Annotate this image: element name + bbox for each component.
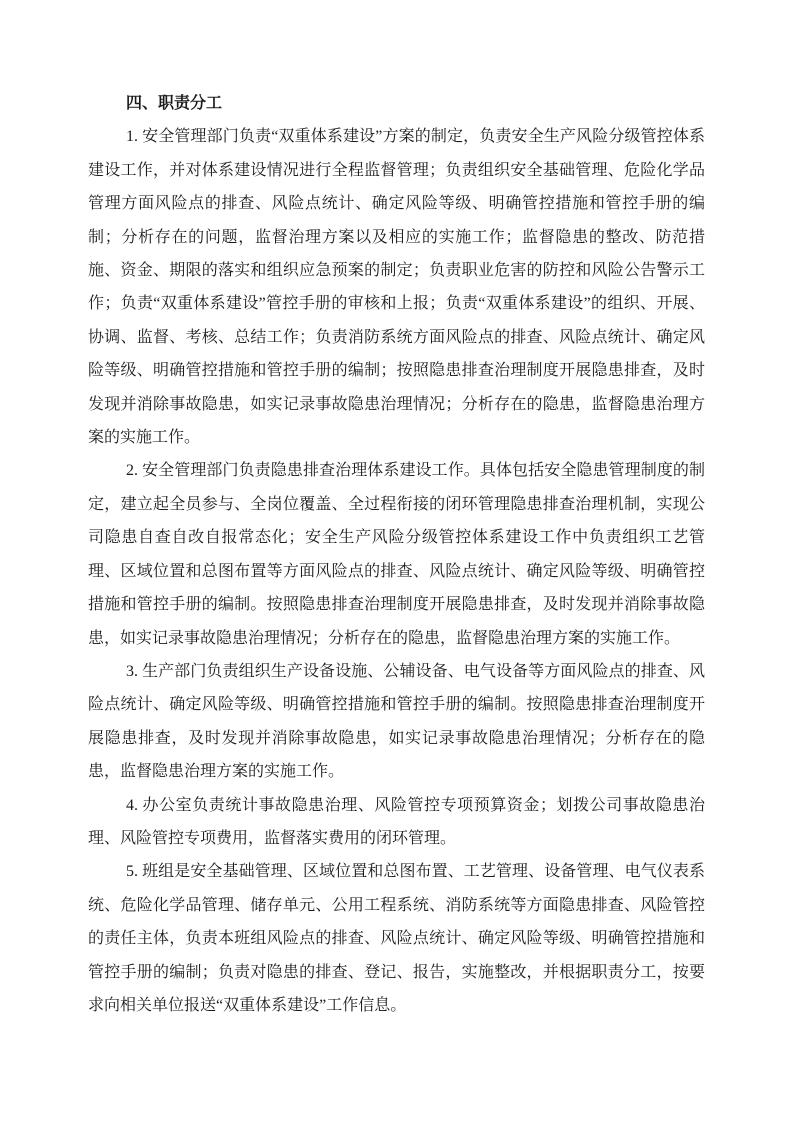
section-heading: 四、职责分工 bbox=[88, 87, 705, 120]
paragraph-2: 2. 安全管理部门负责隐患排查治理体系建设工作。具体包括安全隐患管理制度的制定，… bbox=[88, 454, 705, 654]
paragraph-5: 5. 班组是安全基础管理、区域位置和总图布置、工艺管理、设备管理、电气仪表系统、… bbox=[88, 855, 705, 1022]
document-page: 四、职责分工 1. 安全管理部门负责“双重体系建设”方案的制定，负责安全生产风险… bbox=[0, 0, 793, 1121]
paragraph-1: 1. 安全管理部门负责“双重体系建设”方案的制定，负责安全生产风险分级管控体系建… bbox=[88, 120, 705, 454]
paragraph-4: 4. 办公室负责统计事故隐患治理、风险管控专项预算资金；划拨公司事故隐患治理、风… bbox=[88, 789, 705, 856]
document-body: 四、职责分工 1. 安全管理部门负责“双重体系建设”方案的制定，负责安全生产风险… bbox=[88, 87, 705, 1022]
paragraph-3: 3. 生产部门负责组织生产设备设施、公辅设备、电气设备等方面风险点的排查、风险点… bbox=[88, 655, 705, 789]
